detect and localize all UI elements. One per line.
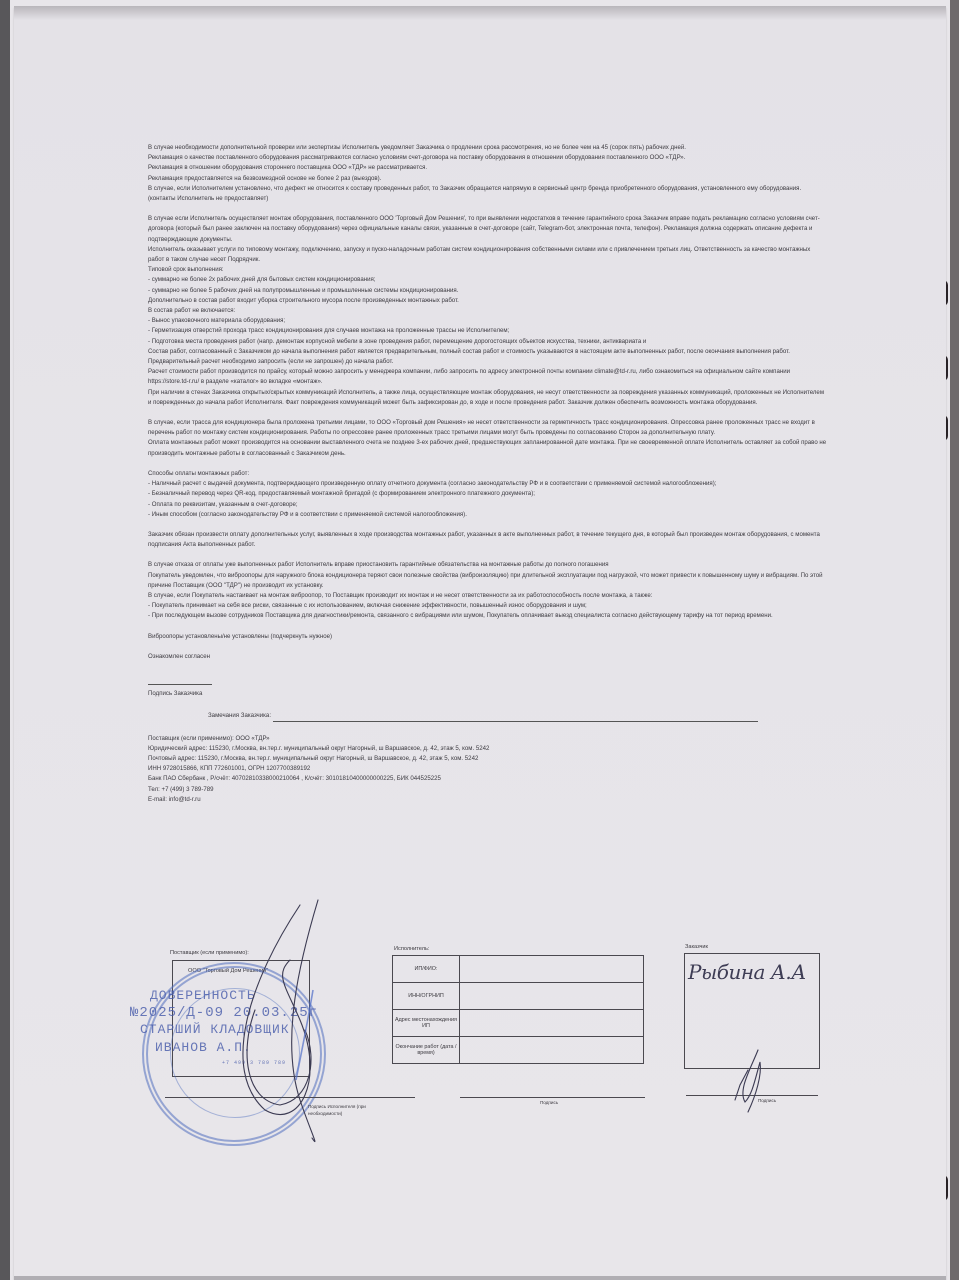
supplier-email: E-mail: info@td-r.ru	[148, 795, 828, 805]
executor-label: Исполнитель:	[394, 946, 429, 952]
executor-signature-line[interactable]	[165, 1097, 415, 1098]
executor-key: Окончание работ (дата / время)	[393, 1037, 460, 1064]
page-fold	[14, 6, 946, 20]
section-heading: Способы оплаты монтажных работ:	[148, 469, 828, 479]
stamp-phone: +7 499 3 789 789	[222, 1060, 286, 1066]
paragraph: Покупатель уведомлен, что виброопоры для…	[148, 571, 828, 591]
paragraph: В случае необходимости дополнительной пр…	[148, 143, 828, 153]
paragraph: Исполнитель оказывает услуги по типовому…	[148, 245, 828, 265]
section-installation: В случае если Исполнитель осуществляет м…	[148, 214, 828, 408]
section-warranty-claims: В случае необходимости дополнительной пр…	[148, 143, 828, 204]
supplier-legal-address: Юридический адрес: 115230, г.Москва, вн.…	[148, 744, 828, 754]
paragraph: Состав работ, согласованный с Заказчиком…	[148, 347, 828, 367]
list-item: - Наличный расчет с выдачей документа, п…	[148, 479, 828, 489]
list-item: - суммарно не более 2х рабочих дней для …	[148, 275, 828, 285]
list-item: - При последующем вызове сотрудников Пос…	[148, 611, 828, 621]
executor-key: Адрес местонахождения ИП	[393, 1010, 460, 1037]
paragraph: В случае, если Покупатель настаивает на …	[148, 591, 828, 601]
supplier-bank: Банк ПАО Сбербанк , Р/счёт: 407028103380…	[148, 774, 828, 784]
paragraph: В случае отказа от оплаты уже выполненны…	[148, 560, 828, 570]
executor-value-field[interactable]	[460, 1010, 644, 1037]
paragraph: Заказчик обязан произвести оплату дополн…	[148, 530, 828, 550]
table-row: ИНН/ОГРНИП	[393, 983, 644, 1010]
paragraph: В случае если Исполнитель осуществляет м…	[148, 214, 828, 245]
paragraph: Расчет стоимости работ производится по п…	[148, 367, 828, 387]
table-row: Адрес местонахождения ИП	[393, 1010, 644, 1037]
paragraph: Типовой срок выполнения:	[148, 265, 828, 275]
list-item: - суммарно не более 5 рабочих дней на по…	[148, 286, 828, 296]
list-item: - Иным способом (согласно законодательст…	[148, 510, 828, 520]
customer-signature-line[interactable]	[148, 676, 212, 685]
customer-handwritten-name: Рыбина А.А	[688, 960, 806, 984]
executor-value-field[interactable]	[460, 956, 644, 983]
customer-remarks-field[interactable]: Замечания Заказчика:	[208, 711, 828, 721]
paragraph: Рекламация предоставляется на безвозмезд…	[148, 174, 828, 184]
customer-remarks-label: Замечания Заказчика:	[208, 711, 271, 721]
paragraph: В состав работ не включается:	[148, 306, 828, 316]
paragraph: Дополнительно в состав работ входит убор…	[148, 296, 828, 306]
vibro-status-field[interactable]: Виброопоры установлены/не установлены (п…	[148, 632, 828, 642]
supplier-title: Поставщик (если применимо): ООО «ТДР»	[148, 734, 828, 744]
customer-signature-label: Подпись Заказчика	[148, 689, 828, 699]
executor-sign-line[interactable]	[460, 1097, 645, 1098]
executor-value-field[interactable]	[460, 983, 644, 1010]
list-item: - Подготовка места проведения работ (нап…	[148, 337, 828, 347]
customer-remarks-line[interactable]	[273, 713, 758, 722]
executor-value-field[interactable]	[460, 1037, 644, 1064]
document-body: В случае необходимости дополнительной пр…	[148, 143, 828, 805]
paragraph: Оплата монтажных работ может производитс…	[148, 438, 828, 458]
customer-sign-label: Подпись	[758, 1098, 776, 1103]
executor-table: ИП/ФИО: ИНН/ОГРНИП Адрес местонахождения…	[392, 955, 644, 1064]
supplier-postal-address: Почтовый адрес: 115230, г.Москва, вн.тер…	[148, 754, 828, 764]
paragraph: Рекламация о качестве поставленного обор…	[148, 153, 828, 163]
section-vibration-mounts: В случае отказа от оплаты уже выполненны…	[148, 560, 828, 621]
paragraph: В случае, если трасса для кондиционера б…	[148, 418, 828, 438]
acknowledged-text: Ознакомлен согласен	[148, 652, 828, 662]
stamp-line: №2025/Д-09 20.03.25г	[130, 1005, 318, 1021]
list-item: - Покупатель принимает на себя все риски…	[148, 601, 828, 611]
executor-signature-label: Подпись Исполнителя (при необходимости)	[308, 1103, 388, 1117]
supplier-ids: ИНН 9728015866, КПП 772601001, ОГРН 1207…	[148, 764, 828, 774]
paragraph: Рекламация в отношении оборудования стор…	[148, 163, 828, 173]
supplier-phone: Тел: +7 (499) 3 789-789	[148, 785, 828, 795]
executor-key: ИНН/ОГРНИП	[393, 983, 460, 1010]
page-edge	[14, 1276, 946, 1280]
executor-key: ИП/ФИО:	[393, 956, 460, 983]
paragraph: В случае, если Исполнителем установлено,…	[148, 184, 828, 204]
section-routes-payment: В случае, если трасса для кондиционера б…	[148, 418, 828, 459]
table-row: ИП/ФИО:	[393, 956, 644, 983]
stamp-line: СТАРШИЙ КЛАДОВЩИК	[140, 1022, 290, 1037]
table-row: Окончание работ (дата / время)	[393, 1037, 644, 1064]
stamp-line: ДОВЕРЕННОСТЬ	[150, 988, 256, 1003]
stamp-line: ИВАНОВ А.П.	[155, 1040, 252, 1055]
section-payment-methods: Способы оплаты монтажных работ: - Наличн…	[148, 469, 828, 520]
list-item: - Оплата по реквизитам, указанным в счет…	[148, 500, 828, 510]
supplier-details: Поставщик (если применимо): ООО «ТДР» Юр…	[148, 734, 828, 805]
supplier-box-label: Поставщик (если применимо):	[170, 950, 249, 956]
customer-label: Заказчик	[685, 944, 708, 950]
list-item: - Вынос упаковочного материала оборудова…	[148, 316, 828, 326]
executor-sign-label: Подпись	[540, 1100, 558, 1105]
list-item: - Герметизация отверстий прохода трасс к…	[148, 326, 828, 336]
customer-sign-line[interactable]	[686, 1095, 818, 1096]
paragraph: При наличии в стенах Заказчика открытых/…	[148, 388, 828, 408]
list-item: - Безналичный перевод через QR-код, пред…	[148, 489, 828, 499]
